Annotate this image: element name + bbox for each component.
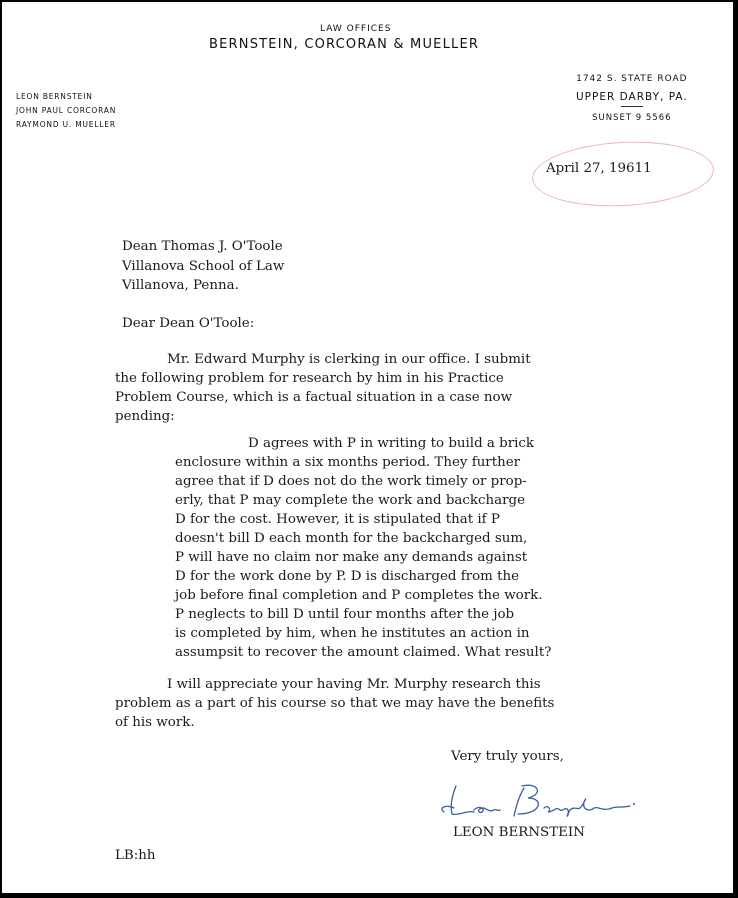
- body-line: P will have no claim nor make any demand…: [175, 548, 551, 567]
- problem-paragraph: D agrees with P in writing to build a br…: [175, 434, 551, 662]
- phone-number: SUNSET 9 5566: [576, 109, 688, 127]
- salutation: Dear Dean O'Toole:: [122, 316, 254, 331]
- body-line: of his work.: [115, 713, 554, 732]
- body-line: job before final completion and P comple…: [175, 586, 551, 605]
- address-street: 1742 S. STATE ROAD: [576, 70, 688, 88]
- body-line: is completed by him, when he institutes …: [175, 624, 551, 643]
- body-line: erly, that P may complete the work and b…: [175, 491, 551, 510]
- body-line: D agrees with P in writing to build a br…: [175, 434, 551, 453]
- letter-date: April 27, 19611: [546, 161, 652, 176]
- body-line: pending:: [115, 407, 531, 426]
- signatory-name: LEON BERNSTEIN: [453, 825, 585, 840]
- body-line: D for the cost. However, it is stipulate…: [175, 510, 551, 529]
- closing-paragraph: I will appreciate your having Mr. Murphy…: [115, 675, 554, 732]
- recipient-line: Villanova, Penna.: [122, 276, 284, 296]
- body-line: P neglects to bill D until four months a…: [175, 605, 551, 624]
- letterhead-partners: LEON BERNSTEIN JOHN PAUL CORCORAN RAYMON…: [16, 90, 116, 132]
- body-line: I will appreciate your having Mr. Murphy…: [115, 675, 554, 694]
- body-line: the following problem for research by hi…: [115, 369, 531, 388]
- recipient-line: Villanova School of Law: [122, 257, 284, 277]
- body-line: Problem Course, which is a factual situa…: [115, 388, 531, 407]
- letterhead-office-label: LAW OFFICES: [320, 24, 391, 34]
- partner-name: JOHN PAUL CORCORAN: [16, 104, 116, 118]
- handwritten-signature: [434, 774, 644, 824]
- body-line: D for the work done by P. D is discharge…: [175, 567, 551, 586]
- partner-name: RAYMOND U. MUELLER: [16, 118, 116, 132]
- recipient-line: Dean Thomas J. O'Toole: [122, 237, 284, 257]
- letter-page: LAW OFFICES BERNSTEIN, CORCORAN & MUELLE…: [2, 2, 733, 893]
- divider: [621, 106, 643, 107]
- letterhead-firm-name: BERNSTEIN, CORCORAN & MUELLER: [209, 37, 479, 52]
- body-line: agree that if D does not do the work tim…: [175, 472, 551, 491]
- body-line: enclosure within a six months period. Th…: [175, 453, 551, 472]
- reference-initials: LB:hh: [115, 848, 156, 863]
- recipient-address: Dean Thomas J. O'Toole Villanova School …: [122, 237, 284, 296]
- body-line: Mr. Edward Murphy is clerking in our off…: [115, 350, 531, 369]
- body-line: problem as a part of his course so that …: [115, 694, 554, 713]
- address-city: UPPER DARBY, PA.: [576, 88, 688, 106]
- partner-name: LEON BERNSTEIN: [16, 90, 116, 104]
- body-line: assumpsit to recover the amount claimed.…: [175, 643, 551, 662]
- intro-paragraph: Mr. Edward Murphy is clerking in our off…: [115, 350, 531, 426]
- letterhead-address: 1742 S. STATE ROAD UPPER DARBY, PA. SUNS…: [576, 70, 688, 127]
- body-line: doesn't bill D each month for the backch…: [175, 529, 551, 548]
- complimentary-close: Very truly yours,: [451, 749, 564, 764]
